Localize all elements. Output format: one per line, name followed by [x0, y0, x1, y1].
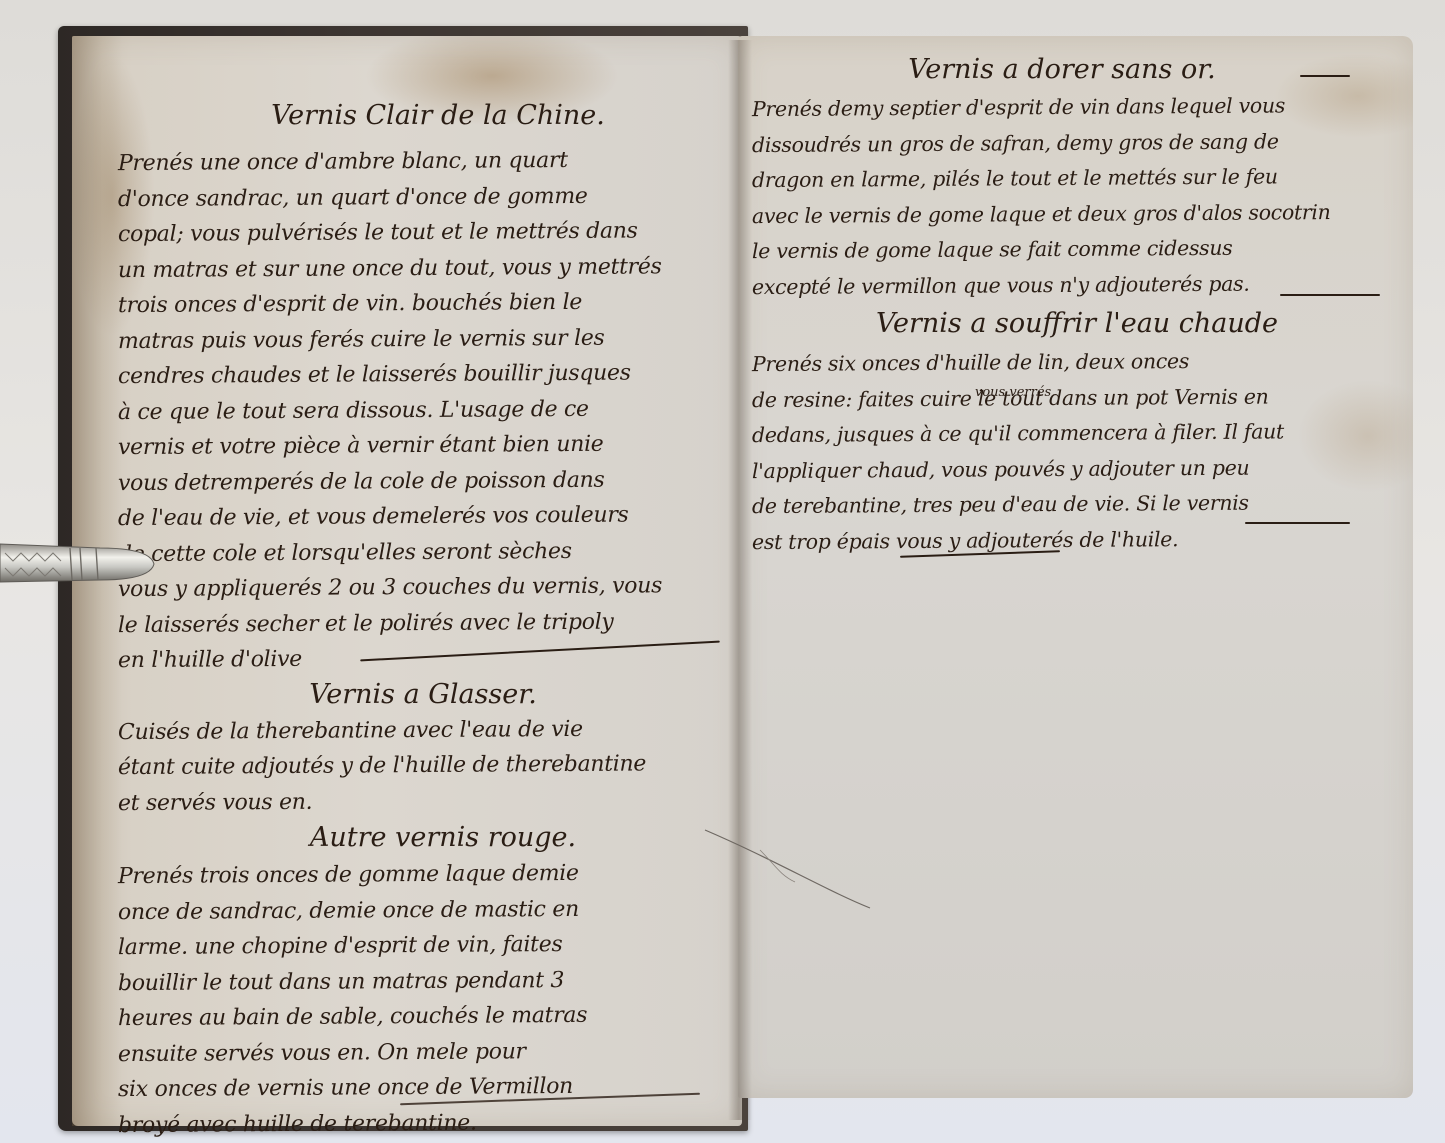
manuscript-line: matras puis vous ferés cuire le vernis s…: [118, 319, 728, 359]
left-page-text: Vernis Clair de la Chine. Prenés une onc…: [118, 100, 728, 1141]
manuscript-line: de terebantine, tres peu d'eau de vie. S…: [752, 485, 1362, 525]
manuscript-line: le laisserés secher et le polirés avec l…: [118, 603, 728, 643]
recipe-title-autre-vernis-rouge: Autre vernis rouge.: [118, 819, 728, 857]
right-page-text: Vernis a dorer sans or. Prenés demy sept…: [752, 50, 1362, 558]
manuscript-line: vernis et votre pièce à vernir étant bie…: [118, 426, 728, 466]
manuscript-line: dissoudrés un gros de safran, demy gros …: [752, 123, 1362, 163]
recipe-title-vernis-a-souffrir-leau-chaude: Vernis a souffrir l'eau chaude: [752, 303, 1362, 345]
recipe-title-vernis-a-dorer-sans-or: Vernis a dorer sans or.: [752, 50, 1362, 90]
manuscript-line: trois onces d'esprit de vin. bouchés bie…: [118, 284, 728, 324]
manuscript-line: dragon en larme, pilés le tout et le met…: [752, 159, 1362, 199]
recipe-title-vernis-clair-de-la-chine: Vernis Clair de la Chine.: [118, 100, 728, 144]
ink-underline-flourish: [1300, 75, 1350, 77]
manuscript-line: un matras et sur une once du tout, vous …: [118, 248, 728, 288]
manuscript-line: étant cuite adjoutés y de l'huille de th…: [118, 746, 728, 786]
manuscript-line: vous detremperés de la cole de poisson d…: [118, 461, 728, 501]
manuscript-line: heures au bain de sable, couchés le matr…: [118, 997, 728, 1037]
manuscript-line: dedans, jusques à ce qu'il commencera à …: [752, 414, 1362, 454]
manuscript-line: l'appliquer chaud, vous pouvés y adjoute…: [752, 449, 1362, 489]
ink-underline-flourish: [1245, 522, 1350, 524]
manuscript-line: copal; vous pulvérisés le tout et le met…: [118, 213, 728, 253]
ink-underline-flourish: [1280, 294, 1380, 296]
manuscript-line: Prenés demy septier d'esprit de vin dans…: [752, 88, 1362, 128]
manuscript-line: Cuisés de la therebantine avec l'eau de …: [118, 710, 728, 750]
manuscript-line: le vernis de gome laque se fait comme ci…: [752, 230, 1362, 270]
silver-pointer-icon: [0, 538, 155, 588]
manuscript-line: Prenés une once d'ambre blanc, un quart: [118, 142, 728, 182]
manuscript-line: à ce que le tout sera dissous. L'usage d…: [118, 390, 728, 430]
interlinear-insertion-note: vous verrés: [975, 385, 1051, 400]
manuscript-line: once de sandrac, demie once de mastic en: [118, 890, 728, 930]
manuscript-line: de l'eau de vie, et vous demelerés vos c…: [118, 497, 728, 537]
manuscript-line: de cette cole et lorsqu'elles seront sèc…: [118, 532, 728, 572]
recipe-title-vernis-a-glasser: Vernis a Glasser.: [118, 677, 728, 713]
manuscript-line: et servés vous en.: [118, 781, 728, 821]
manuscript-line: avec le vernis de gome laque et deux gro…: [752, 194, 1362, 234]
manuscript-line: de resine: faites cuire le tout dans un …: [752, 378, 1362, 418]
manuscript-line: larme. une chopine d'esprit de vin, fait…: [118, 926, 728, 966]
manuscript-line: cendres chaudes et le laisserés bouillir…: [118, 355, 728, 395]
paper-crease-mark: [700, 820, 1020, 910]
book-spine-gutter: [728, 40, 752, 1120]
manuscript-line: d'once sandrac, un quart d'once de gomme: [118, 177, 728, 217]
manuscript-line: Prenés six onces d'huille de lin, deux o…: [752, 343, 1362, 383]
manuscript-line: ensuite servés vous en. On mele pour: [118, 1032, 728, 1072]
manuscript-line: est trop épais vous y adjouterés de l'hu…: [752, 520, 1362, 560]
manuscript-line: broyé avec huille de terebantine.: [118, 1103, 728, 1143]
manuscript-line: bouillir le tout dans un matras pendant …: [118, 961, 728, 1001]
manuscript-line: excepté le vermillon que vous n'y adjout…: [752, 265, 1362, 305]
manuscript-line: Prenés trois onces de gomme laque demie: [118, 855, 728, 895]
manuscript-line: vous y appliquerés 2 ou 3 couches du ver…: [118, 568, 728, 608]
